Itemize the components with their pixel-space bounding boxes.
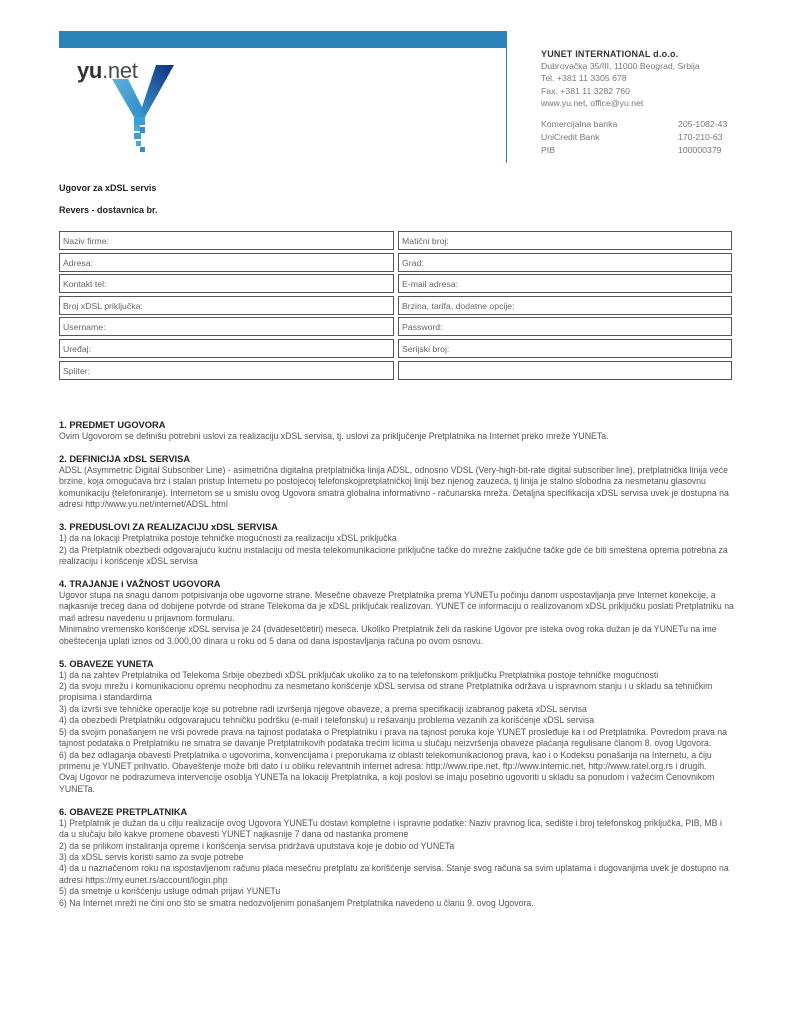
contact-phone-field[interactable]: Kontakt tel:	[59, 274, 394, 293]
empty-field[interactable]	[398, 361, 732, 380]
password-field[interactable]: Password:	[398, 317, 732, 336]
logo-bold: yu	[77, 58, 102, 83]
bank-info: Komercijalna banka205-1082-43 UniCredit …	[541, 118, 727, 156]
contract-section: 1. PREDMET UGOVORAOvim Ugovorom se defin…	[59, 419, 734, 442]
section-paragraph: 1) Pretplatnik je dužan da u cilju reali…	[59, 818, 734, 841]
section-heading: 2. DEFINICIJA xDSL SERVISA	[59, 453, 734, 465]
section-heading: 6. OBAVEZE PRETPLATNIKA	[59, 806, 734, 818]
bank-name: PIB	[541, 144, 678, 157]
yunet-logo: yu.net	[74, 55, 184, 155]
device-field[interactable]: Uređaj:	[59, 339, 394, 358]
section-paragraph: 5) da svojim ponašanjem ne vrši povrede …	[59, 727, 734, 750]
section-paragraph: 1) da na zahtev Pretplatnika od Telekoma…	[59, 670, 734, 681]
section-heading: 4. TRAJANJE i VAŽNOST UGOVORA	[59, 578, 734, 590]
document-subtitle: Revers - dostavnica br.	[59, 205, 158, 215]
address-field[interactable]: Adresa:	[59, 253, 394, 272]
section-paragraph: 6) da bez odlaganja obavesti Pretplatnik…	[59, 750, 734, 773]
section-heading: 3. PREDUSLOVI ZA REALIZACIJU xDSL SERVIS…	[59, 521, 734, 533]
section-paragraph: ADSL (Asymmetric Digital Subscriber Line…	[59, 465, 734, 511]
form-row: Broj xDSL priključka: Brzina, tarifa, do…	[59, 296, 732, 315]
form-row: Kontakt tel: E-mail adresa:	[59, 274, 732, 293]
company-tel: Tel. +381 11 3305 678	[541, 72, 700, 84]
logo-y-icon	[112, 65, 174, 157]
bank-account: 100000379	[678, 144, 721, 157]
section-paragraph: 4) da u naznačenom roku na ispostavljeno…	[59, 863, 734, 886]
customer-form: Naziv firme: Matični broj: Adresa: Grad:…	[59, 231, 732, 382]
splitter-field[interactable]: Spliter:	[59, 361, 394, 380]
username-field[interactable]: Username:	[59, 317, 394, 336]
email-field[interactable]: E-mail adresa:	[398, 274, 732, 293]
section-paragraph: 4) da obezbedi Pretplatniku odgovarajuću…	[59, 715, 734, 726]
city-field[interactable]: Grad:	[398, 253, 732, 272]
section-paragraph: 2) da svoju mrežu i komunikacionu opremu…	[59, 681, 734, 704]
serial-number-field[interactable]: Serijski broj:	[398, 339, 732, 358]
contract-section: 3. PREDUSLOVI ZA REALIZACIJU xDSL SERVIS…	[59, 521, 734, 567]
section-heading: 1. PREDMET UGOVORA	[59, 419, 734, 431]
header-accent-bar	[59, 31, 507, 48]
section-paragraph: 6) Na Internet mreži ne čini ono što se …	[59, 898, 734, 909]
section-paragraph: 3) da izvrši sve tehničke operacije koje…	[59, 704, 734, 715]
bank-account: 205-1082-43	[678, 118, 727, 131]
form-row: Spliter:	[59, 361, 732, 380]
bank-row: PIB100000379	[541, 144, 727, 157]
header-divider	[506, 48, 507, 163]
section-paragraph: Ovaj Ugovor ne podrazumeva intervencije …	[59, 772, 734, 795]
contract-body: 1. PREDMET UGOVORAOvim Ugovorom se defin…	[59, 419, 734, 920]
registration-number-field[interactable]: Matični broj:	[398, 231, 732, 250]
speed-tariff-field[interactable]: Brzina, tarifa, dodatne opcije:	[398, 296, 732, 315]
form-row: Username: Password:	[59, 317, 732, 336]
section-paragraph: 2) da se prilikom instaliranja opreme i …	[59, 841, 734, 852]
section-paragraph: 5) da smetnje u korišćenju usluge odmah …	[59, 886, 734, 897]
contract-section: 2. DEFINICIJA xDSL SERVISAADSL (Asymmetr…	[59, 453, 734, 511]
bank-row: UniCredit Bank170-210-63	[541, 131, 727, 144]
bank-row: Komercijalna banka205-1082-43	[541, 118, 727, 131]
document-title: Ugovor za xDSL servis	[59, 183, 156, 193]
section-paragraph: Ovim Ugovorom se definišu potrebni uslov…	[59, 431, 734, 442]
section-paragraph: 1) da na lokaciji Pretplatnika postoje t…	[59, 533, 734, 544]
bank-name: UniCredit Bank	[541, 131, 678, 144]
contract-section: 5. OBAVEZE YUNETA1) da na zahtev Pretpla…	[59, 658, 734, 795]
form-row: Naziv firme: Matični broj:	[59, 231, 732, 250]
contract-section: 4. TRAJANJE i VAŽNOST UGOVORAUgovor stup…	[59, 578, 734, 647]
company-fax: Fax. +381 11 3282 760	[541, 85, 700, 97]
section-heading: 5. OBAVEZE YUNETA	[59, 658, 734, 670]
company-name-field[interactable]: Naziv firme:	[59, 231, 394, 250]
bank-name: Komercijalna banka	[541, 118, 678, 131]
bank-account: 170-210-63	[678, 131, 722, 144]
xdsl-number-field[interactable]: Broj xDSL priključka:	[59, 296, 394, 315]
company-address: Dubrovačka 35/III, 11000 Beograd, Srbija	[541, 60, 700, 72]
company-name: YUNET INTERNATIONAL d.o.o.	[541, 48, 700, 60]
form-row: Uređaj: Serijski broj:	[59, 339, 732, 358]
section-paragraph: Ugovor stupa na snagu danom potpisivanja…	[59, 590, 734, 624]
company-web: www.yu.net, office@yu.net	[541, 97, 700, 109]
form-row: Adresa: Grad:	[59, 253, 732, 272]
contract-section: 6. OBAVEZE PRETPLATNIKA1) Pretplatnik je…	[59, 806, 734, 909]
section-paragraph: Minimalno vremensko korišćenje xDSL serv…	[59, 624, 734, 647]
company-info: YUNET INTERNATIONAL d.o.o. Dubrovačka 35…	[541, 48, 700, 109]
section-paragraph: 3) da xDSL servis koristi samo za svoje …	[59, 852, 734, 863]
section-paragraph: 2) da Pretplatnik obezbedi odgovarajuću …	[59, 545, 734, 568]
